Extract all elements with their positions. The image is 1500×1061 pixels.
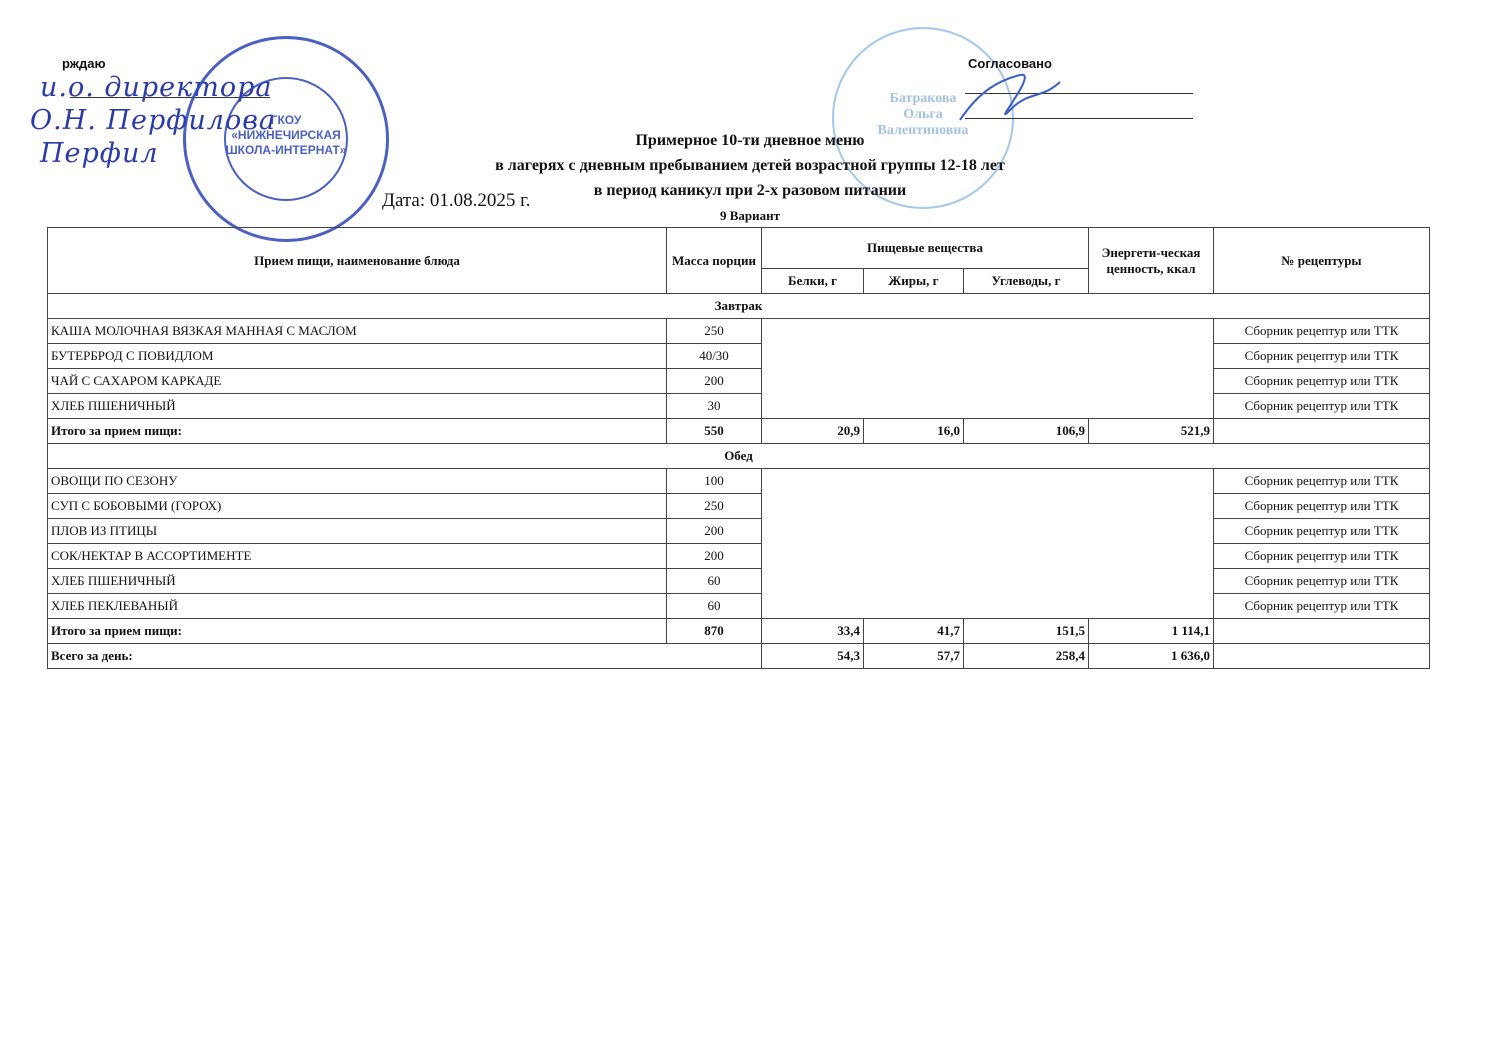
table-row: ХЛЕБ ПШЕНИЧНЫЙ 30 Сборник рецептур или Т… [48, 394, 1430, 419]
col-recipe-no: № рецептуры [1214, 228, 1430, 294]
breakfast-total-row: Итого за прием пищи: 550 20,9 16,0 106,9… [48, 419, 1430, 444]
dish-name: ОВОЩИ ПО СЕЗОНУ [48, 469, 667, 494]
total-carbs: 151,5 [964, 619, 1089, 644]
agreed-signature-scribble [950, 70, 1070, 140]
dish-mass: 250 [667, 494, 762, 519]
dish-recipe: Сборник рецептур или ТТК [1214, 494, 1430, 519]
table-row: СОК/НЕКТАР В АССОРТИМЕНТЕ 200 Сборник ре… [48, 544, 1430, 569]
total-recipe-blank [1214, 619, 1430, 644]
dish-mass: 200 [667, 544, 762, 569]
table-row: ОВОЩИ ПО СЕЗОНУ 100 Сборник рецептур или… [48, 469, 1430, 494]
stamp-line: ГКОУ [186, 113, 386, 128]
day-total-label: Всего за день: [48, 644, 762, 669]
dish-recipe: Сборник рецептур или ТТК [1214, 369, 1430, 394]
dish-recipe: Сборник рецептур или ТТК [1214, 394, 1430, 419]
total-label: Итого за прием пищи: [48, 419, 667, 444]
dish-recipe: Сборник рецептур или ТТК [1214, 519, 1430, 544]
dish-name: ХЛЕБ ПЕКЛЕВАНЫЙ [48, 594, 667, 619]
col-nutrients-group: Пищевые вещества [762, 228, 1089, 269]
dish-mass: 100 [667, 469, 762, 494]
day-total-carbs: 258,4 [964, 644, 1089, 669]
dish-recipe: Сборник рецептур или ТТК [1214, 544, 1430, 569]
section-lunch: Обед [48, 444, 1430, 469]
dish-name: ХЛЕБ ПШЕНИЧНЫЙ [48, 394, 667, 419]
day-total-recipe-blank [1214, 644, 1430, 669]
table-row: ПЛОВ ИЗ ПТИЦЫ 200 Сборник рецептур или Т… [48, 519, 1430, 544]
total-energy: 521,9 [1089, 419, 1214, 444]
dish-recipe: Сборник рецептур или ТТК [1214, 319, 1430, 344]
total-carbs: 106,9 [964, 419, 1089, 444]
day-total-row: Всего за день: 54,3 57,7 258,4 1 636,0 [48, 644, 1430, 669]
total-fats: 16,0 [864, 419, 964, 444]
title-line-1: Примерное 10-ти дневное меню [0, 132, 1500, 150]
section-breakfast: Завтрак [48, 294, 1430, 319]
dish-name: ХЛЕБ ПШЕНИЧНЫЙ [48, 569, 667, 594]
total-recipe-blank [1214, 419, 1430, 444]
title-line-2: в лагерях с дневным пребыванием детей во… [0, 157, 1500, 175]
table-row: БУТЕРБРОД С ПОВИДЛОМ 40/30 Сборник рецеп… [48, 344, 1430, 369]
dish-name: КАША МОЛОЧНАЯ ВЯЗКАЯ МАННАЯ С МАСЛОМ [48, 319, 667, 344]
total-mass: 870 [667, 619, 762, 644]
dish-mass: 60 [667, 569, 762, 594]
dish-name: СУП С БОБОВЫМИ (ГОРОХ) [48, 494, 667, 519]
col-proteins: Белки, г [762, 269, 864, 294]
dish-recipe: Сборник рецептур или ТТК [1214, 344, 1430, 369]
nutrients-blank [762, 319, 1214, 419]
day-total-energy: 1 636,0 [1089, 644, 1214, 669]
nutrients-blank [762, 469, 1214, 619]
col-energy: Энергети-ческая ценность, ккал [1089, 228, 1214, 294]
total-mass: 550 [667, 419, 762, 444]
table-row: СУП С БОБОВЫМИ (ГОРОХ) 250 Сборник рецеп… [48, 494, 1430, 519]
col-fats: Жиры, г [864, 269, 964, 294]
col-carbs: Углеводы, г [964, 269, 1089, 294]
table-row: ЧАЙ С САХАРОМ КАРКАДЕ 200 Сборник рецепт… [48, 369, 1430, 394]
agreed-label: Согласовано [968, 56, 1052, 71]
table-row: КАША МОЛОЧНАЯ ВЯЗКАЯ МАННАЯ С МАСЛОМ 250… [48, 319, 1430, 344]
total-proteins: 20,9 [762, 419, 864, 444]
menu-table: Прием пищи, наименование блюда Масса пор… [47, 227, 1430, 669]
dish-mass: 30 [667, 394, 762, 419]
dish-name: БУТЕРБРОД С ПОВИДЛОМ [48, 344, 667, 369]
dish-recipe: Сборник рецептур или ТТК [1214, 569, 1430, 594]
lunch-total-row: Итого за прием пищи: 870 33,4 41,7 151,5… [48, 619, 1430, 644]
dish-mass: 250 [667, 319, 762, 344]
dish-recipe: Сборник рецептур или ТТК [1214, 594, 1430, 619]
table-row: ХЛЕБ ПШЕНИЧНЫЙ 60 Сборник рецептур или Т… [48, 569, 1430, 594]
total-label: Итого за прием пищи: [48, 619, 667, 644]
dish-recipe: Сборник рецептур или ТТК [1214, 469, 1430, 494]
table-row: ХЛЕБ ПЕКЛЕВАНЫЙ 60 Сборник рецептур или … [48, 594, 1430, 619]
dish-mass: 60 [667, 594, 762, 619]
dish-name: ЧАЙ С САХАРОМ КАРКАДЕ [48, 369, 667, 394]
dish-name: СОК/НЕКТАР В АССОРТИМЕНТЕ [48, 544, 667, 569]
dish-mass: 200 [667, 519, 762, 544]
day-total-proteins: 54,3 [762, 644, 864, 669]
day-total-fats: 57,7 [864, 644, 964, 669]
dish-name: ПЛОВ ИЗ ПТИЦЫ [48, 519, 667, 544]
total-fats: 41,7 [864, 619, 964, 644]
title-line-3: в период каникул при 2-х разовом питании [0, 182, 1500, 200]
total-energy: 1 114,1 [1089, 619, 1214, 644]
dish-mass: 40/30 [667, 344, 762, 369]
total-proteins: 33,4 [762, 619, 864, 644]
dish-mass: 200 [667, 369, 762, 394]
col-portion-mass: Масса порции [667, 228, 762, 294]
col-meal-dish: Прием пищи, наименование блюда [48, 228, 667, 294]
menu-variant: 9 Вариант [0, 208, 1500, 224]
approve-label: рждаю [62, 56, 106, 71]
